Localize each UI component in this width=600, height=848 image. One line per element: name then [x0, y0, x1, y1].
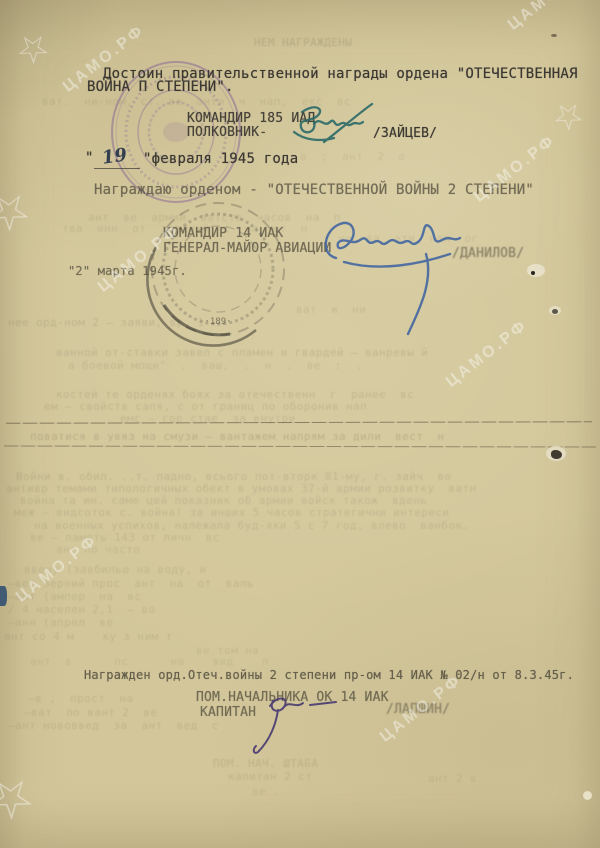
ghost-line: ант со 4 м ку з ним т: [4, 630, 173, 643]
ghost-line: а боевой мощи" . ваш, . н . ве : .: [68, 359, 363, 372]
ghost-line: —анн (апрел ве: [8, 616, 113, 629]
commander-14-position: КОМАНДИР 14 ИАК: [163, 227, 283, 241]
ghost-line: поватися в увяз на смузи — вантажем напр…: [30, 430, 444, 443]
commander-14-rank: ГЕНЕРАЛ-МАЙОР АВИАЦИИ: [163, 242, 332, 256]
date2: "2" марта 1945г.: [68, 264, 187, 278]
stamp-number: ·189·: [204, 317, 231, 327]
commander-185-rank: ПОЛКОВНИК-: [187, 126, 267, 140]
ghost-line: ант 2 в: [428, 772, 477, 785]
handwritten-day: 19: [101, 144, 129, 168]
paper-blemish: [583, 791, 592, 800]
ghost-line: —ант нововвед за ант вед с: [8, 719, 219, 732]
date1-rest: "февраля 1945 года: [143, 151, 298, 167]
ghost-line: меж — видсоток с. война! за инших 5 часо…: [14, 506, 449, 519]
conclusion-line-2: ВОЙНА П СТЕПЕНИ".: [87, 79, 234, 95]
ghost-line: ввечу (завбильш на воду, и: [24, 563, 207, 576]
ghost-line: капитан 2 ст: [228, 770, 312, 783]
commander-185-surname: /ЗАЙЦЕВ/: [373, 127, 437, 141]
award-record-line: Награжден орд.Отеч.войны 2 степени пр-ом…: [84, 668, 574, 682]
danilov-signature: [308, 212, 478, 347]
clerk-surname: /ЛАПШИН/: [386, 703, 450, 717]
ghost-line: ве .: [252, 785, 280, 798]
day-underline: [94, 168, 140, 169]
ghost-line: / 4 населен 2,1 — во: [8, 603, 155, 616]
ghost-line: ант по часто: [56, 543, 140, 556]
ghost-line: —вет зерний прос ант на от валь: [8, 577, 254, 590]
paper-speck: [551, 34, 557, 37]
ghost-line: —ант (ампер на вс: [8, 590, 141, 603]
ghost-line: ант в пс на вид п: [30, 655, 269, 668]
scanned-award-document: НЕМ НАГРАЖДЕНЫват. ни-ном, ст. ве анти ч…: [0, 0, 600, 848]
paper-speck: [551, 450, 562, 459]
award-order-line: Награждаю орденом - "ОТЕЧЕСТВЕННОЙ ВОЙНЫ…: [94, 182, 534, 198]
ink-blot: [0, 586, 7, 606]
date1-open-quote: ": [85, 150, 94, 166]
paper-speck: [531, 271, 535, 275]
paper-blemish: [527, 264, 545, 277]
ghost-line: НЕМ НАГРАЖДЕНЫ: [254, 36, 352, 49]
commander-14-surname: /ДАНИЛОВ/: [452, 247, 524, 261]
ghost-line: —ват по вант 2 ве: [24, 706, 157, 719]
paper-speck: [552, 309, 558, 314]
lapshin-signature: [240, 682, 370, 762]
ghost-line: —в , прост на: [28, 692, 133, 705]
